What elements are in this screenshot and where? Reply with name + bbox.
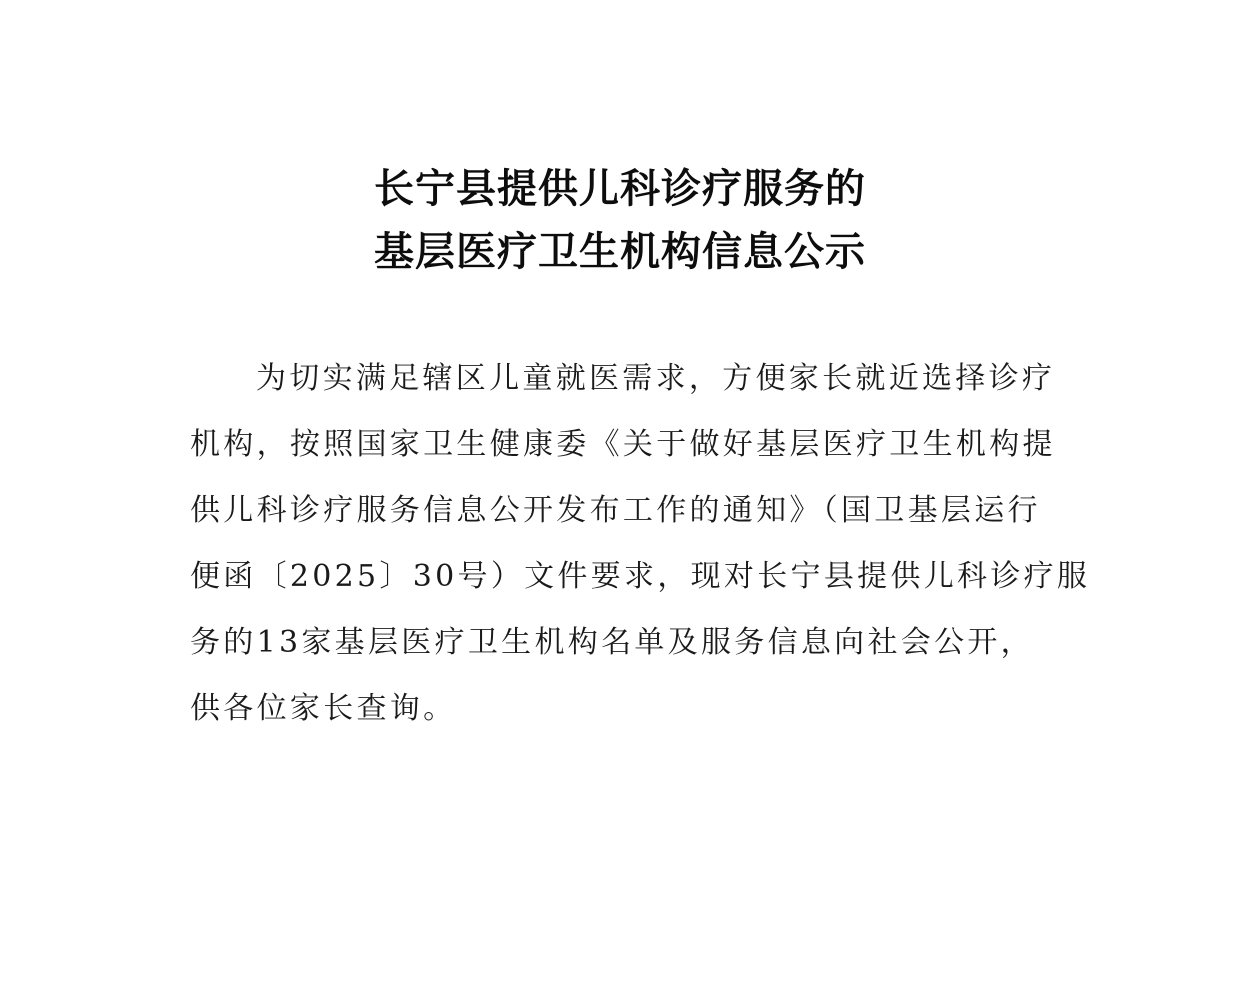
document-page: 长宁县提供儿科诊疗服务的 基层医疗卫生机构信息公示 为切实满足辖区儿童就医需求，… [0,0,1240,1002]
document-body-paragraph: 为切实满足辖区儿童就医需求，方便家长就近选择诊疗 机构，按照国家卫生健康委《关于… [190,346,1060,742]
body-line-6: 供各位家长查询。 [190,676,1060,742]
title-line-2: 基层医疗卫生机构信息公示 [0,221,1240,284]
document-title: 长宁县提供儿科诊疗服务的 基层医疗卫生机构信息公示 [0,158,1240,284]
body-line-4: 便函〔2025〕30号）文件要求，现对长宁县提供儿科诊疗服 [190,544,1060,610]
body-line-3: 供儿科诊疗服务信息公开发布工作的通知》（国卫基层运行 [190,478,1060,544]
body-line-5: 务的13家基层医疗卫生机构名单及服务信息向社会公开， [190,610,1060,676]
title-line-1: 长宁县提供儿科诊疗服务的 [0,158,1240,221]
body-line-2: 机构，按照国家卫生健康委《关于做好基层医疗卫生机构提 [190,412,1060,478]
body-line-1: 为切实满足辖区儿童就医需求，方便家长就近选择诊疗 [190,346,1060,412]
